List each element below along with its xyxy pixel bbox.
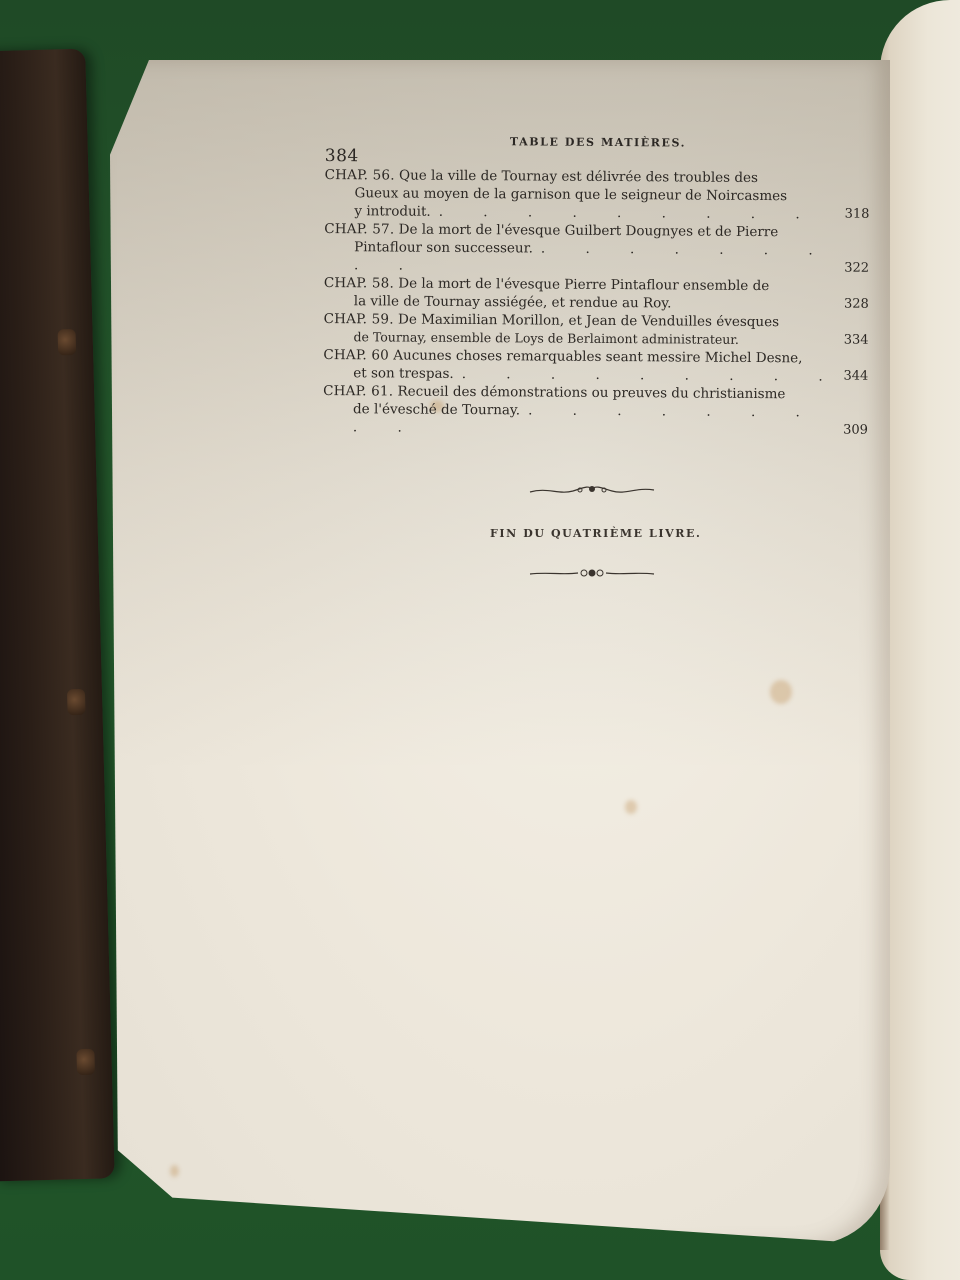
toc-page-number: 322 (844, 260, 869, 278)
colophon: FIN DU QUATRIÈME LIVRE. (490, 527, 701, 540)
toc-entry: CHAP. 60 Aucunes choses remarquables sea… (323, 346, 848, 386)
table-of-contents: CHAP. 56. Que la ville de Tournay est dé… (323, 166, 850, 440)
toc-page-number: 309 (843, 422, 868, 440)
toc-entry: CHAP. 59. De Maximilian Morillon, et Jea… (323, 310, 848, 350)
ornament-top-icon (528, 483, 656, 497)
ornament-bottom-icon (528, 566, 656, 580)
toc-page-number: 328 (844, 296, 869, 314)
foxing-spot (625, 800, 637, 814)
spine-band (58, 329, 77, 355)
left-book-spine (0, 49, 115, 1182)
running-head: 384 TABLE DES MATIÈRES. (325, 130, 850, 170)
toc-entry: CHAP. 56. Que la ville de Tournay est dé… (324, 166, 849, 224)
foxing-spot (170, 1165, 179, 1177)
spine-band (76, 1049, 95, 1075)
facing-page-edge (880, 0, 960, 1280)
foxing-spot (770, 680, 792, 704)
running-title: TABLE DES MATIÈRES. (510, 135, 686, 149)
toc-entry: CHAP. 57. De la mort de l'évesque Guilbe… (324, 220, 849, 278)
spine-band (67, 689, 86, 715)
leader-dots: . . . . . . . . . (462, 366, 841, 385)
toc-page-number: 344 (843, 368, 868, 386)
toc-entry: CHAP. 58. De la mort de l'évesque Pierre… (324, 274, 849, 314)
page-content: 384 TABLE DES MATIÈRES. CHAP. 56. Que la… (323, 130, 850, 440)
toc-page-number: 334 (844, 332, 869, 350)
toc-page-number: 318 (845, 206, 870, 224)
leader-dots: . . . . . . . . . (439, 204, 818, 223)
page-number: 384 (325, 146, 359, 166)
toc-entry: CHAP. 61. Recueil des démonstrations ou … (323, 382, 848, 440)
